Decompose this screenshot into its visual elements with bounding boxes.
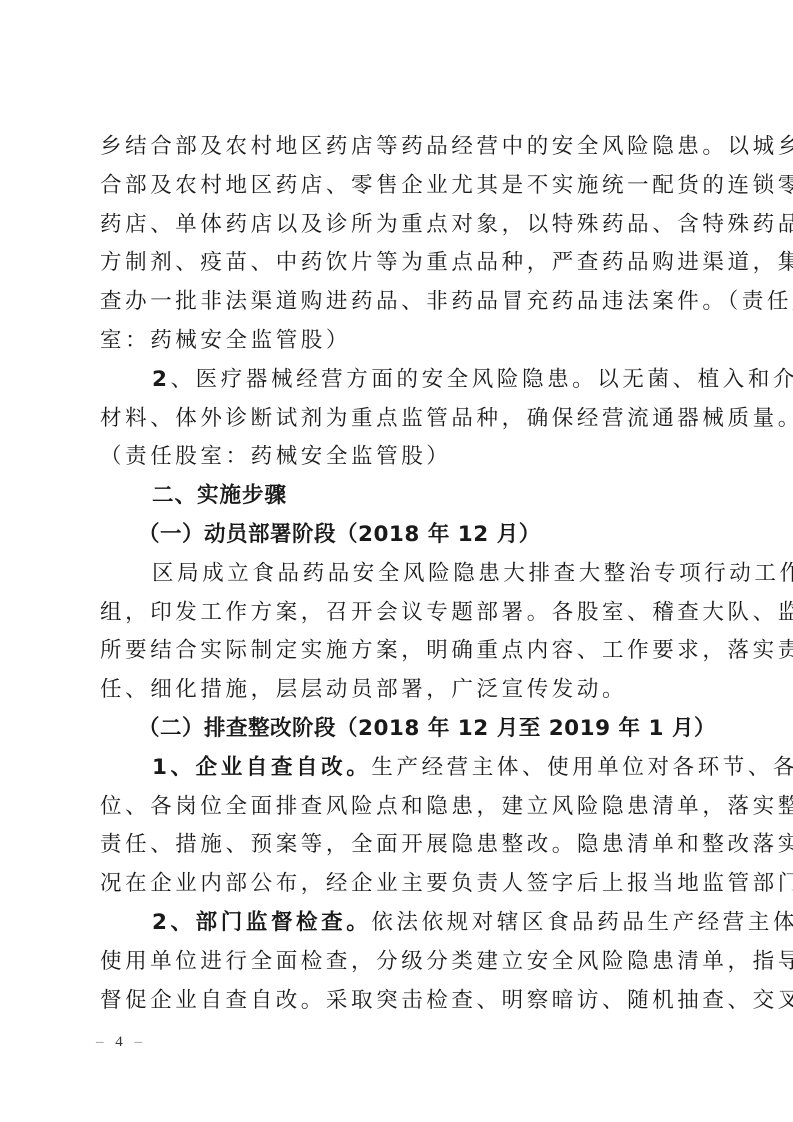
body-line: 1、企业自查自改。生产经营主体、使用单位对各环节、各部 <box>100 749 700 788</box>
subsection-heading: （二）排查整改阶段（2018 年 12 月至 2019 年 1 月） <box>100 710 700 749</box>
body-line: 2、部门监督检查。依法依规对辖区食品药品生产经营主体、 <box>100 904 700 943</box>
document-page: 乡结合部及农村地区药店等药品经营中的安全风险隐患。以城乡结 合部及农村地区药店、… <box>100 128 700 1020</box>
body-line: 2、医疗器械经营方面的安全风险隐患。以无菌、植入和介入 <box>100 361 700 400</box>
body-line: 室：药械安全监管股） <box>100 322 700 361</box>
body-text: 依法依规对辖区食品药品生产经营主体、 <box>371 910 793 935</box>
body-line: 材料、体外诊断试剂为重点监管品种，确保经营流通器械质量。 <box>100 400 700 439</box>
body-line: 使用单位进行全面检查，分级分类建立安全风险隐患清单，指导和 <box>100 943 700 982</box>
body-line: 所要结合实际制定实施方案，明确重点内容、工作要求，落实责 <box>100 632 700 671</box>
subsection-heading: （一）动员部署阶段（2018 年 12 月） <box>100 516 700 555</box>
body-line: 药店、单体药店以及诊所为重点对象，以特殊药品、含特殊药品复 <box>100 206 700 245</box>
page-footer: – 4 – <box>96 1034 146 1051</box>
section-heading: 二、实施步骤 <box>100 477 700 516</box>
body-text: 生产经营主体、使用单位对各环节、各部 <box>371 755 793 780</box>
page-number: 4 <box>115 1034 127 1050</box>
body-line: 况在企业内部公布，经企业主要负责人签字后上报当地监管部门。 <box>100 865 700 904</box>
body-line: 任、细化措施，层层动员部署，广泛宣传发动。 <box>100 671 700 710</box>
item-title: 2、部门监督检查。 <box>152 910 371 935</box>
body-line: 督促企业自查自改。采取突击检查、明察暗访、随机抽查、交叉检 <box>100 982 700 1021</box>
item-number: 2 <box>152 367 171 392</box>
footer-dash-right: – <box>135 1034 147 1050</box>
item-title: 1、企业自查自改。 <box>152 755 371 780</box>
body-line: 查办一批非法渠道购进药品、非药品冒充药品违法案件。（责任股 <box>100 283 700 322</box>
body-line: 组，印发工作方案，召开会议专题部署。各股室、稽查大队、监管 <box>100 594 700 633</box>
body-line: 责任、措施、预案等，全面开展隐患整改。隐患清单和整改落实情 <box>100 826 700 865</box>
footer-dash-left: – <box>96 1034 108 1050</box>
body-line: 区局成立食品药品安全风险隐患大排查大整治专项行动工作 <box>100 555 700 594</box>
body-line: （责任股室：药械安全监管股） <box>100 438 700 477</box>
body-line: 方制剂、疫苗、中药饮片等为重点品种，严查药品购进渠道，集中 <box>100 244 700 283</box>
body-line: 位、各岗位全面排查风险点和隐患，建立风险隐患清单，落实整改 <box>100 788 700 827</box>
body-line: 合部及农村地区药店、零售企业尤其是不实施统一配货的连锁零售 <box>100 167 700 206</box>
body-line: 乡结合部及农村地区药店等药品经营中的安全风险隐患。以城乡结 <box>100 128 700 167</box>
body-text: 、医疗器械经营方面的安全风险隐患。以无菌、植入和介入 <box>171 367 793 392</box>
